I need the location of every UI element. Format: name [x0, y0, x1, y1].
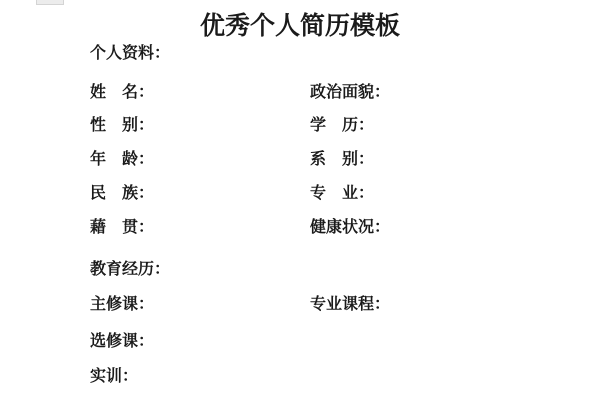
field-label-native-place: 藉 贯： [90, 220, 154, 236]
field-label-political-status: 政治面貌： [310, 85, 390, 101]
page-edge-artifact [36, 0, 64, 5]
field-label-education-level: 学 历： [310, 118, 374, 134]
field-label-elective-courses: 选修课： [90, 334, 154, 350]
field-label-practical-training: 实训： [90, 369, 138, 385]
field-label-ethnicity: 民 族： [90, 186, 154, 202]
field-label-department: 系 别： [310, 152, 374, 168]
field-label-age: 年 龄： [90, 152, 154, 168]
field-label-major-courses: 主修课： [90, 297, 154, 313]
field-label-health-status: 健康状况： [310, 220, 390, 236]
section-heading-personal-info: 个人资料： [90, 46, 170, 62]
field-label-gender: 性 别： [90, 118, 154, 134]
field-label-name: 姓 名： [90, 85, 154, 101]
field-label-professional-courses: 专业课程： [310, 297, 390, 313]
resume-template-document: 优秀个人简历模板 个人资料： 姓 名： 政治面貌： 性 别： 学 历： 年 龄：… [0, 0, 600, 400]
document-title: 优秀个人简历模板 [0, 6, 600, 42]
field-label-major: 专 业： [310, 186, 374, 202]
section-heading-education-history: 教育经历： [90, 262, 170, 278]
